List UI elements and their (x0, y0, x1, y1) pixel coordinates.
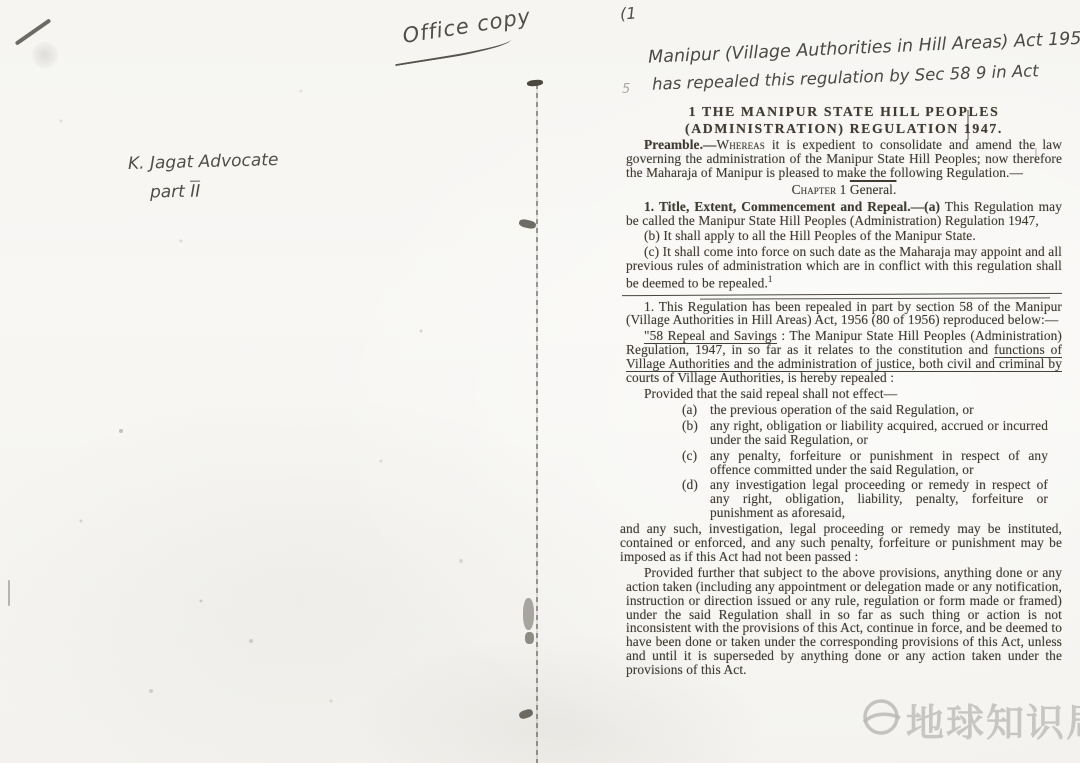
scan-noise-speckles (0, 0, 2, 2)
owner-part-annotation: part II (150, 182, 201, 203)
scanned-document-page: Office copy (1 Manipur (Village Authorit… (0, 0, 1080, 763)
binding-fold-line (536, 84, 538, 763)
clause-item-d: (d) any investigation legal proceeding o… (682, 478, 1048, 520)
footnote-quote: "58 Repeal and Savings : The Manipur Sta… (626, 329, 1062, 385)
globe-icon (860, 696, 902, 743)
section1-c-body: (c) It shall come into force on such dat… (626, 244, 1062, 290)
footnote-separator-rule (622, 293, 1062, 298)
document-title-line1: 1 THE MANIPUR STATE HILL PEOPLES (626, 104, 1062, 119)
continuation-paragraph: and any such, investigation, legal proce… (620, 522, 1062, 564)
margin-mark: 5 (622, 82, 630, 97)
footnote-reference: 1 (768, 274, 773, 284)
proviso-2: Provided further that subject to the abo… (626, 566, 1062, 677)
chapter-label: Chapter 1 (792, 182, 850, 197)
section1-paragraph-a: 1. Title, Extent, Commencement and Repea… (626, 200, 1062, 228)
section1-heading: 1. Title, Extent, Commencement and Repea… (644, 199, 940, 214)
owner-name-annotation: K. Jagat Advocate (128, 150, 279, 174)
watermark-text: 地球知识局 (906, 692, 1080, 747)
binding-thread-mark (518, 218, 536, 229)
clause-item-b: (b) any right, obligation or liability a… (682, 419, 1048, 447)
clause-label: (a) (682, 403, 710, 417)
clause-text: any penalty, forfeiture or punishment in… (710, 449, 1048, 477)
footnote-intro: 1. This Regulation has been repealed in … (626, 300, 1062, 328)
binding-thread-mark (527, 79, 544, 87)
left-edge-mark (8, 580, 10, 606)
owner-part-label: part (150, 182, 191, 203)
owner-part-numeral: II (190, 182, 200, 202)
chapter-heading: Chapter 1 General. (626, 183, 1062, 197)
binding-thread-mark (518, 708, 534, 720)
page-number-annotation: (1 (619, 3, 637, 23)
clause-item-a: (a) the previous operation of the said R… (682, 403, 1048, 417)
clause-text: any right, obligation or liability acqui… (710, 419, 1048, 447)
clause-label: (d) (682, 478, 710, 520)
separator-line-1 (622, 292, 1062, 295)
clause-label: (c) (682, 449, 710, 477)
preamble-whereas: Whereas (717, 137, 765, 152)
preamble-lead: Preamble.— (644, 137, 717, 152)
clause-label: (b) (682, 419, 710, 447)
watermark: 地球知识局 (860, 692, 1080, 747)
punch-hole-shadow (32, 42, 58, 68)
chapter-name: General. (850, 182, 897, 197)
clause-text: the previous operation of the said Regul… (710, 403, 1048, 417)
repeal-note-line2: has repealed this regulation by Sec 58 9… (652, 61, 1039, 93)
section1-paragraph-b: (b) It shall apply to all the Hill Peopl… (626, 229, 1062, 243)
proviso-1: Provided that the said repeal shall not … (626, 387, 1062, 401)
preamble-paragraph: Preamble.—Whereas it is expedient to con… (626, 138, 1062, 180)
quote-body-end: courts of Village Authorities, is hereby… (626, 370, 894, 385)
document-title-line2: (ADMINISTRATION) REGULATION 1947. (626, 121, 1062, 136)
office-copy-annotation: Office copy (401, 4, 533, 48)
printed-text-column: 1 THE MANIPUR STATE HILL PEOPLES (ADMINI… (626, 104, 1062, 679)
section1-paragraph-c: (c) It shall come into force on such dat… (626, 245, 1062, 290)
binding-smudge (525, 632, 534, 644)
clause-item-c: (c) any penalty, forfeiture or punishmen… (682, 449, 1048, 477)
binding-smudge (523, 598, 534, 630)
clause-text: any investigation legal proceeding or re… (710, 478, 1048, 520)
